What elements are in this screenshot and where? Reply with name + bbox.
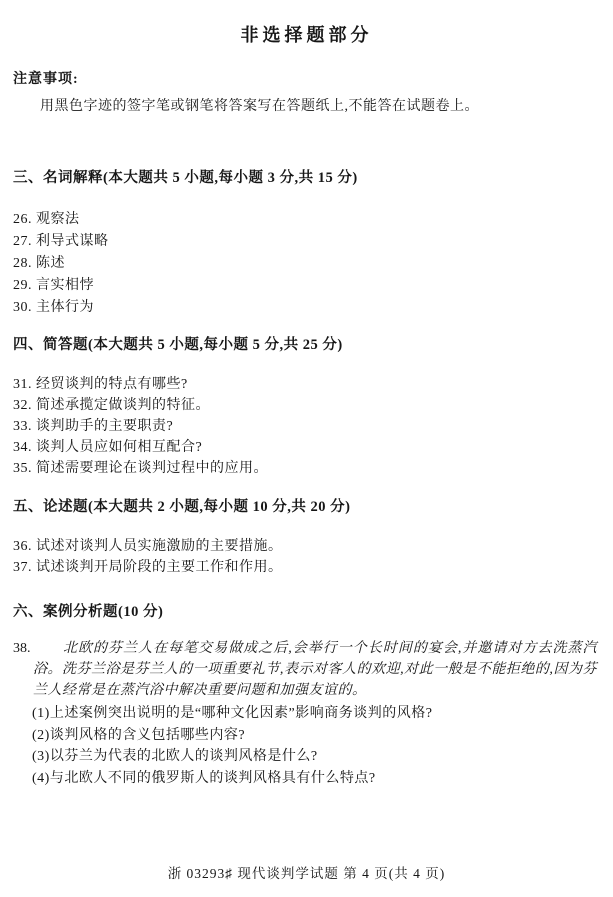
section-heading-short-answer: 四、简答题(本大题共 5 小题,每小题 5 分,共 25 分) xyxy=(13,333,613,354)
case-sub-question-2: (2)谈判风格的含义包括哪些内容? xyxy=(32,725,613,747)
case-sub-question-3: (3)以芬兰为代表的北欧人的谈判风格是什么? xyxy=(32,746,613,768)
page-footer: 浙 03293♯ 现代谈判学试题 第 4 页(共 4 页) xyxy=(0,862,613,882)
case-analysis-block: 38. 北欧的芬兰人在每笔交易做成之后,会举行一个长时间的宴会,并邀请对方去洗蒸… xyxy=(0,638,613,789)
question-item-29: 29. 言实相悖 xyxy=(13,275,613,297)
case-question-number: 38. xyxy=(13,638,31,659)
essay-list: 36. 试述对谈判人员实施激励的主要措施。 37. 试述谈判开局阶段的主要工作和… xyxy=(13,536,613,578)
notes-label: 注意事项: xyxy=(13,68,613,88)
question-item-35: 35. 简述需要理论在谈判过程中的应用。 xyxy=(13,458,613,479)
section-heading-case-analysis: 六、案例分析题(10 分) xyxy=(13,600,613,621)
question-item-26: 26. 观察法 xyxy=(13,209,613,231)
question-item-32: 32. 简述承揽定做谈判的特征。 xyxy=(13,395,613,416)
question-item-30: 30. 主体行为 xyxy=(13,297,613,319)
case-question-38: 38. 北欧的芬兰人在每笔交易做成之后,会举行一个长时间的宴会,并邀请对方去洗蒸… xyxy=(33,638,597,701)
exam-paper-page: 非选择题部分 注意事项: 用黑色字迹的签字笔或钢笔将答案写在答题纸上,不能答在试… xyxy=(0,0,613,897)
question-item-36: 36. 试述对谈判人员实施激励的主要措施。 xyxy=(13,536,613,557)
notes-text: 用黑色字迹的签字笔或钢笔将答案写在答题纸上,不能答在试题卷上。 xyxy=(40,95,598,115)
case-sub-questions: (1)上述案例突出说明的是“哪种文化因素”影响商务谈判的风格? (2)谈判风格的… xyxy=(32,703,613,789)
question-item-33: 33. 谈判助手的主要职责? xyxy=(13,416,613,437)
term-definition-list: 26. 观察法 27. 利导式谋略 28. 陈述 29. 言实相悖 30. 主体… xyxy=(13,209,613,319)
short-answer-list: 31. 经贸谈判的特点有哪些? 32. 简述承揽定做谈判的特征。 33. 谈判助… xyxy=(13,374,613,479)
question-item-31: 31. 经贸谈判的特点有哪些? xyxy=(13,374,613,395)
case-sub-question-1: (1)上述案例突出说明的是“哪种文化因素”影响商务谈判的风格? xyxy=(32,703,613,725)
case-paragraph: 北欧的芬兰人在每笔交易做成之后,会举行一个长时间的宴会,并邀请对方去洗蒸汽浴。洗… xyxy=(33,638,597,701)
question-item-28: 28. 陈述 xyxy=(13,253,613,275)
question-item-27: 27. 利导式谋略 xyxy=(13,231,613,253)
section-heading-term-definitions: 三、名词解释(本大题共 5 小题,每小题 3 分,共 15 分) xyxy=(13,166,613,187)
question-item-34: 34. 谈判人员应如何相互配合? xyxy=(13,437,613,458)
case-sub-question-4: (4)与北欧人不同的俄罗斯人的谈判风格具有什么特点? xyxy=(32,768,613,790)
page-title: 非选择题部分 xyxy=(0,0,613,47)
section-heading-essay: 五、论述题(本大题共 2 小题,每小题 10 分,共 20 分) xyxy=(13,495,613,516)
question-item-37: 37. 试述谈判开局阶段的主要工作和作用。 xyxy=(13,557,613,578)
